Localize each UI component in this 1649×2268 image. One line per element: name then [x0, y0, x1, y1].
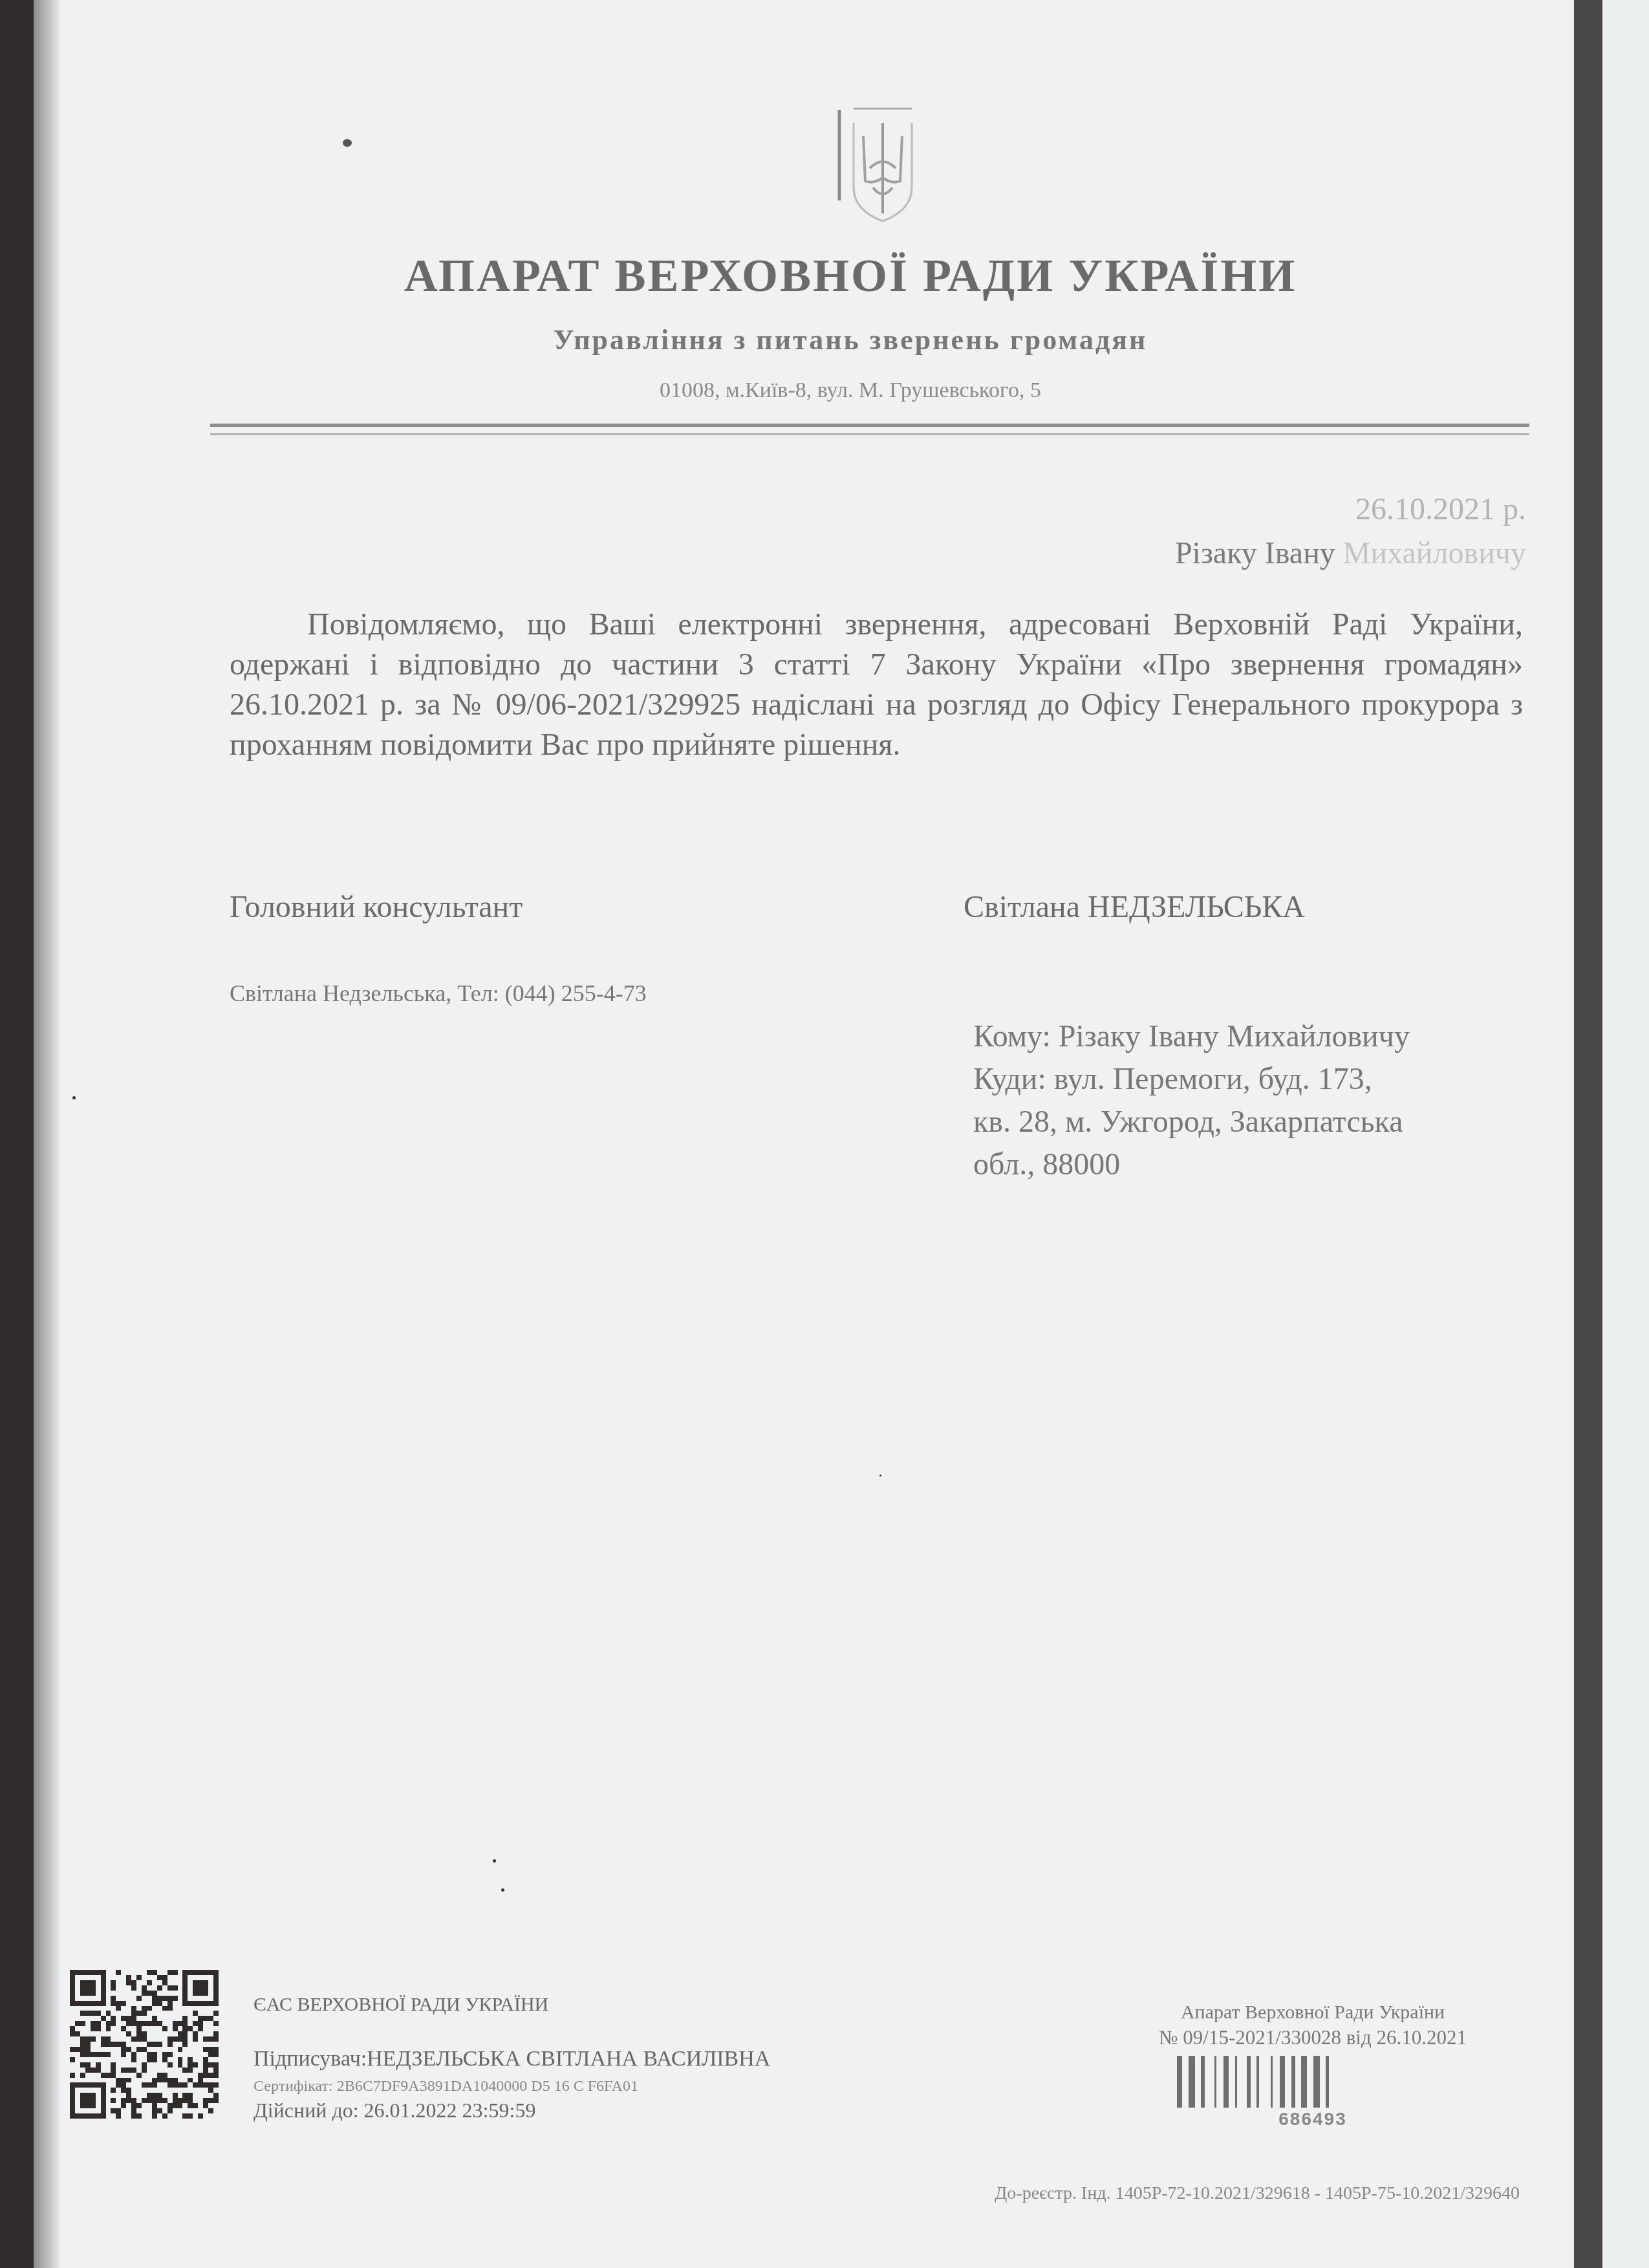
addressee-name: Різаку Івану	[1175, 536, 1335, 570]
recipient-address-block: Кому: Різаку Івану Михайловичу Куди: вул…	[973, 1015, 1410, 1186]
recipient-where-line-1: Куди: вул. Перемоги, буд. 173,	[973, 1058, 1410, 1101]
header-divider	[210, 424, 1529, 435]
e-signature-certificate: Сертифікат: 2B6C7DF9A3891DA1040000 D5 16…	[253, 2078, 638, 2095]
qr-code-icon	[70, 1970, 219, 2119]
addressee-patronymic: Михайловичу	[1343, 536, 1526, 570]
organization-title: АПАРАТ ВЕРХОВНОЇ РАДИ УКРАЇНИ	[0, 249, 1649, 303]
recipient-to: Кому: Різаку Івану Михайловичу	[973, 1015, 1410, 1058]
recipient-where-line-2: кв. 28, м. Ужгород, Закарпатська	[973, 1101, 1410, 1143]
scan-speck	[879, 1474, 881, 1476]
executor-contact: Світлана Недзельська, Тел: (044) 255-4-7…	[230, 980, 647, 1007]
e-signature-system-title: ЄАС ВЕРХОВНОЇ РАДИ УКРАЇНИ	[253, 1994, 548, 2016]
addressee-header: Різаку Івану Михайловичу	[1175, 535, 1526, 571]
scan-speck	[72, 1096, 76, 1099]
barcode-digits: 686493	[1125, 2109, 1500, 2130]
pre-registration-index: До-реєстр. Інд. 1405Р-72-10.2021/329618 …	[995, 2183, 1520, 2204]
department-title: Управління з питань звернень громадян	[0, 323, 1649, 356]
barcode-icon	[1177, 2056, 1449, 2108]
organization-address: 01008, м.Київ-8, вул. М. Грушевського, 5	[0, 378, 1649, 403]
scan-speck	[343, 139, 352, 147]
signer-position: Головний консультант	[230, 889, 523, 925]
signer-name: Світлана НЕДЗЕЛЬСЬКА	[964, 889, 1305, 925]
letter-date: 26.10.2021 р.	[1355, 491, 1526, 527]
e-signature-signer: Підписувач:НЕДЗЕЛЬСЬКА СВІТЛАНА ВАСИЛІВН…	[253, 2047, 770, 2071]
scan-speck	[493, 1859, 496, 1863]
e-signature-valid-until: Дійсний до: 26.01.2022 23:59:59	[253, 2099, 535, 2122]
registration-number: № 09/15-2021/330028 від 26.10.2021	[1125, 2026, 1500, 2049]
registration-organization: Апарат Верховної Ради України	[1125, 2002, 1500, 2024]
letter-body-paragraph: Повідомляємо, що Ваші електронні звернен…	[230, 605, 1523, 765]
registration-stamp: Апарат Верховної Ради України № 09/15-20…	[1125, 2002, 1500, 2130]
coat-of-arms-trident-icon	[834, 103, 918, 226]
scan-speck	[501, 1888, 504, 1892]
recipient-where-line-3: обл., 88000	[973, 1143, 1410, 1186]
